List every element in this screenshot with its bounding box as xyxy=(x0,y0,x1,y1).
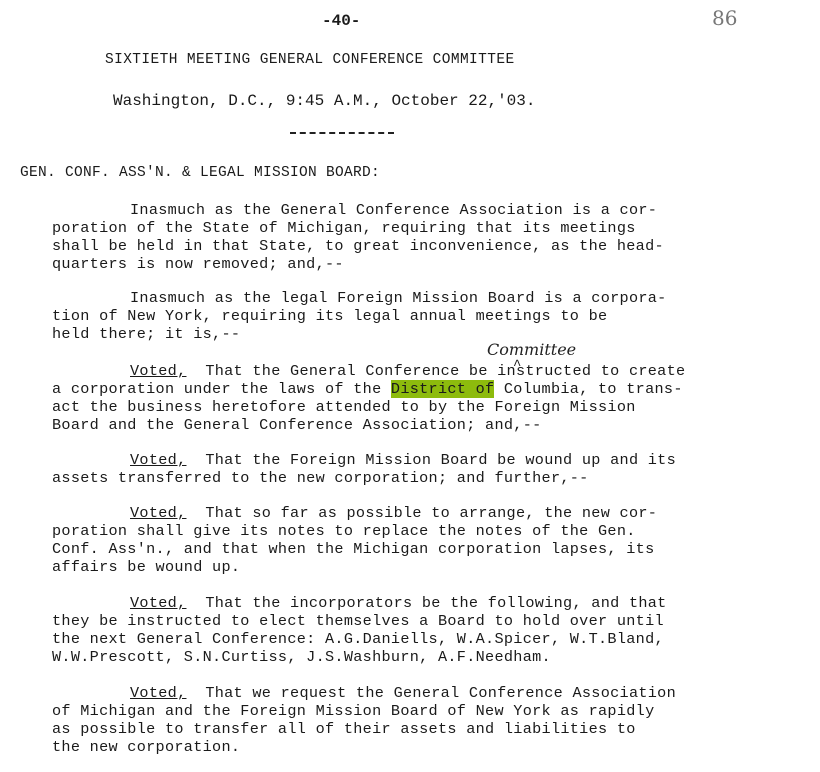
text-line: Board and the General Conference Associa… xyxy=(52,416,542,434)
text-line: the new corporation. xyxy=(52,738,240,756)
voted-label: Voted, xyxy=(130,504,186,522)
text-line: poration shall give its notes to replace… xyxy=(52,522,636,540)
text-line: tion of New York, requiring its legal an… xyxy=(52,307,607,325)
meeting-title: SIXTIETH MEETING GENERAL CONFERENCE COMM… xyxy=(105,52,515,68)
document-page: -40- 86 SIXTIETH MEETING GENERAL CONFERE… xyxy=(0,0,820,772)
text-line: W.W.Prescott, S.N.Curtiss, J.S.Washburn,… xyxy=(52,648,551,666)
line-text: a corporation under the laws of the xyxy=(52,380,391,398)
text-line: quarters is now removed; and,-- xyxy=(52,255,344,273)
text-line: Voted, That the General Conference be in… xyxy=(130,362,685,380)
text-line: poration of the State of Michigan, requi… xyxy=(52,219,636,237)
voted-label: Voted, xyxy=(130,451,186,469)
highlighted-text: District of xyxy=(391,380,495,398)
voted-label: Voted, xyxy=(130,594,186,612)
text-line: they be instructed to elect themselves a… xyxy=(52,612,664,630)
section-heading: GEN. CONF. ASS'N. & LEGAL MISSION BOARD: xyxy=(20,165,380,181)
handwritten-annotation: Committee xyxy=(487,340,576,359)
folio-number: 86 xyxy=(712,6,737,30)
text-line: a corporation under the laws of the Dist… xyxy=(52,380,683,398)
text-line: Voted, That so far as possible to arrang… xyxy=(130,504,657,522)
text-line: Voted, That the Foreign Mission Board be… xyxy=(130,451,676,469)
text-line: Voted, That the incorporators be the fol… xyxy=(130,594,667,612)
text-line: assets transferred to the new corporatio… xyxy=(52,469,589,487)
line-text: That the Foreign Mission Board be wound … xyxy=(205,451,676,469)
text-line: Voted, That we request the General Confe… xyxy=(130,684,676,702)
text-line: act the business heretofore attended to … xyxy=(52,398,636,416)
text-line: as possible to transfer all of their ass… xyxy=(52,720,636,738)
line-text: That the General Conference be instructe… xyxy=(205,362,685,380)
text-line: affairs be wound up. xyxy=(52,558,240,576)
voted-label: Voted, xyxy=(130,684,186,702)
line-text: That so far as possible to arrange, the … xyxy=(205,504,657,522)
text-line: of Michigan and the Foreign Mission Boar… xyxy=(52,702,655,720)
text-line: Inasmuch as the General Conference Assoc… xyxy=(130,201,657,219)
text-line: Conf. Ass'n., and that when the Michigan… xyxy=(52,540,655,558)
separator-line xyxy=(290,132,394,134)
line-text: That we request the General Conference A… xyxy=(205,684,676,702)
text-line: shall be held in that State, to great in… xyxy=(52,237,664,255)
voted-label: Voted, xyxy=(130,362,186,380)
line-text: Columbia, to trans- xyxy=(494,380,682,398)
line-text: That the incorporators be the following,… xyxy=(205,594,666,612)
text-line: held there; it is,-- xyxy=(52,325,240,343)
dateline: Washington, D.C., 9:45 A.M., October 22,… xyxy=(113,92,535,110)
text-line: the next General Conference: A.G.Daniell… xyxy=(52,630,664,648)
text-line: Inasmuch as the legal Foreign Mission Bo… xyxy=(130,289,667,307)
page-number: -40- xyxy=(322,12,360,30)
